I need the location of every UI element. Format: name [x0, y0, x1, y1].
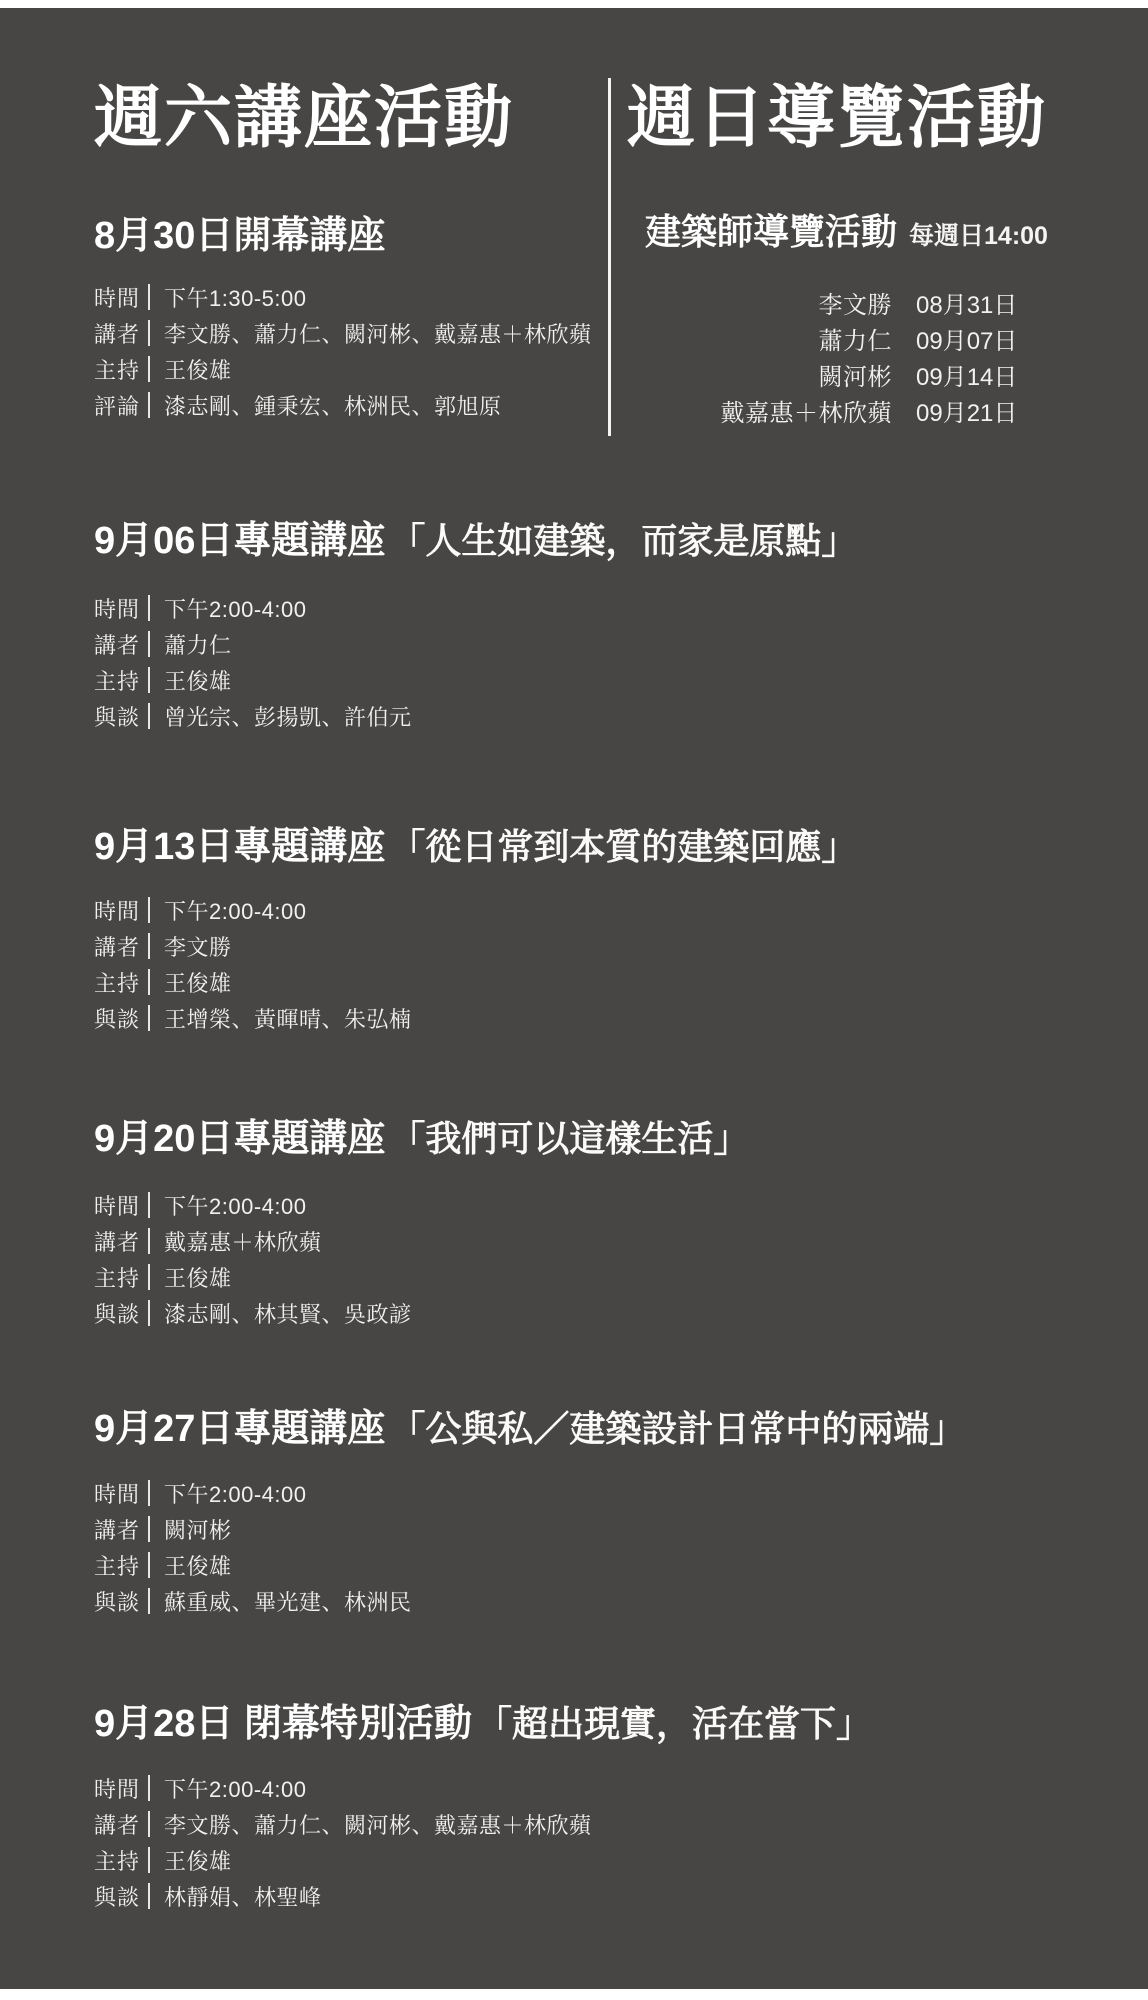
detail-row: 時間 下午2:00-4:00 — [94, 590, 412, 626]
detail-label: 主持 — [94, 1845, 144, 1876]
detail-label: 時間 — [94, 593, 144, 624]
detail-label: 時間 — [94, 1773, 144, 1804]
detail-separator — [148, 595, 150, 621]
detail-separator — [148, 631, 150, 657]
detail-label: 主持 — [94, 665, 144, 696]
sunday-main-title: 週日導覽活動 — [627, 80, 1047, 156]
detail-label: 講者 — [94, 629, 144, 660]
detail-separator — [148, 1775, 150, 1801]
detail-row: 講者 戴嘉惠＋林欣蘋 — [94, 1223, 412, 1259]
detail-row: 講者 李文勝、蕭力仁、闕河彬、戴嘉惠＋林欣蘋 — [94, 315, 592, 351]
tour-architect-name: 闕河彬 — [645, 357, 892, 392]
detail-value: 蕭力仁 — [164, 629, 232, 660]
tour-row: 蕭力仁 09月07日 — [645, 320, 1020, 356]
detail-value: 下午2:00-4:00 — [164, 1773, 306, 1804]
detail-separator — [148, 897, 150, 923]
detail-label: 主持 — [94, 967, 144, 998]
detail-value: 李文勝、蕭力仁、闕河彬、戴嘉惠＋林欣蘋 — [164, 1809, 592, 1840]
tour-row: 闕河彬 09月14日 — [645, 356, 1020, 392]
detail-row: 時間 下午2:00-4:00 — [94, 1770, 592, 1806]
session-0927-details: 時間 下午2:00-4:00 講者 闕河彬 主持 王俊雄 與談 蘇重威、畢光建、… — [94, 1475, 412, 1619]
tour-architect-name: 戴嘉惠＋林欣蘋 — [645, 393, 892, 428]
detail-value: 漆志剛、鍾秉宏、林洲民、郭旭原 — [164, 390, 502, 421]
detail-value: 王增榮、黃暉晴、朱弘楠 — [164, 1003, 412, 1034]
detail-separator — [148, 1005, 150, 1031]
tour-architect-name: 蕭力仁 — [645, 321, 892, 356]
detail-label: 與談 — [94, 1003, 144, 1034]
session-0913-heading: 9月13日專題講座「從日常到本質的建築回應」 — [94, 824, 857, 870]
detail-separator — [148, 284, 150, 310]
tour-architect-name: 李文勝 — [645, 285, 892, 320]
detail-value: 王俊雄 — [164, 967, 232, 998]
detail-row: 與談 王增榮、黃暉晴、朱弘楠 — [94, 1000, 412, 1036]
detail-row: 與談 林靜娟、林聖峰 — [94, 1878, 592, 1914]
tour-date: 09月14日 — [916, 357, 1020, 392]
detail-row: 講者 李文勝 — [94, 928, 412, 964]
detail-separator — [148, 356, 150, 382]
tour-date: 09月07日 — [916, 321, 1020, 356]
detail-separator — [148, 1480, 150, 1506]
page: { "page": { "bg_color": "#484644", "text… — [0, 0, 1148, 2000]
detail-label: 主持 — [94, 354, 144, 385]
detail-label: 與談 — [94, 1881, 144, 1912]
detail-separator — [148, 1883, 150, 1909]
session-quote-title: 「從日常到本質的建築回應」 — [389, 826, 857, 867]
detail-row: 時間 下午1:30-5:00 — [94, 279, 592, 315]
detail-value: 王俊雄 — [164, 1550, 232, 1581]
tour-row: 戴嘉惠＋林欣蘋 09月21日 — [645, 392, 1020, 428]
sunday-tour-heading: 建築師導覽活動 每週日14:00 — [645, 210, 1048, 254]
detail-separator — [148, 1588, 150, 1614]
detail-label: 時間 — [94, 1190, 144, 1221]
detail-row: 主持 王俊雄 — [94, 1842, 592, 1878]
detail-separator — [148, 1516, 150, 1542]
sunday-tour-list: 李文勝 08月31日 蕭力仁 09月07日 闕河彬 09月14日 戴嘉惠＋林欣蘋… — [645, 284, 1020, 428]
detail-row: 主持 王俊雄 — [94, 964, 412, 1000]
detail-value: 李文勝 — [164, 931, 232, 962]
detail-separator — [148, 933, 150, 959]
detail-row: 與談 曾光宗、彭揚凱、許伯元 — [94, 698, 412, 734]
detail-value: 闕河彬 — [164, 1514, 232, 1545]
detail-value: 王俊雄 — [164, 354, 232, 385]
detail-label: 講者 — [94, 1514, 144, 1545]
opening-lecture-heading: 8月30日開幕講座 — [94, 213, 385, 259]
session-date-title: 9月13日專題講座 — [94, 826, 385, 868]
detail-row: 時間 下午2:00-4:00 — [94, 1475, 412, 1511]
detail-row: 時間 下午2:00-4:00 — [94, 892, 412, 928]
session-quote-title: 「公與私／建築設計日常中的兩端」 — [389, 1408, 965, 1449]
session-0920-heading: 9月20日專題講座「我們可以這樣生活」 — [94, 1116, 749, 1162]
sunday-tour-title: 建築師導覽活動 — [645, 210, 897, 254]
detail-value: 下午2:00-4:00 — [164, 1478, 306, 1509]
detail-label: 講者 — [94, 1226, 144, 1257]
detail-label: 與談 — [94, 1586, 144, 1617]
detail-label: 與談 — [94, 1298, 144, 1329]
tour-row: 李文勝 08月31日 — [645, 284, 1020, 320]
detail-label: 講者 — [94, 1809, 144, 1840]
session-date-title: 9月06日專題講座 — [94, 520, 385, 562]
session-0927-heading: 9月27日專題講座「公與私／建築設計日常中的兩端」 — [94, 1406, 965, 1452]
session-0928-details: 時間 下午2:00-4:00 講者 李文勝、蕭力仁、闕河彬、戴嘉惠＋林欣蘋 主持… — [94, 1770, 592, 1914]
detail-separator — [148, 1264, 150, 1290]
detail-row: 講者 李文勝、蕭力仁、闕河彬、戴嘉惠＋林欣蘋 — [94, 1806, 592, 1842]
session-date-title: 9月28日 閉幕特別活動 — [94, 1703, 472, 1745]
opening-lecture-title: 8月30日開幕講座 — [94, 215, 385, 257]
poster-background: 週六講座活動 週日導覽活動 8月30日開幕講座 時間 下午1:30-5:00 講… — [0, 8, 1148, 1989]
detail-value: 蘇重威、畢光建、林洲民 — [164, 1586, 412, 1617]
detail-value: 王俊雄 — [164, 1845, 232, 1876]
detail-separator — [148, 1552, 150, 1578]
detail-row: 與談 蘇重威、畢光建、林洲民 — [94, 1583, 412, 1619]
session-0913-details: 時間 下午2:00-4:00 講者 李文勝 主持 王俊雄 與談 王增榮、黃暉晴、… — [94, 892, 412, 1036]
detail-row: 與談 漆志剛、林其賢、吳政諺 — [94, 1295, 412, 1331]
opening-lecture-details: 時間 下午1:30-5:00 講者 李文勝、蕭力仁、闕河彬、戴嘉惠＋林欣蘋 主持… — [94, 279, 592, 423]
detail-label: 時間 — [94, 895, 144, 926]
detail-row: 時間 下午2:00-4:00 — [94, 1187, 412, 1223]
detail-row: 主持 王俊雄 — [94, 662, 412, 698]
detail-label: 時間 — [94, 1478, 144, 1509]
detail-value: 戴嘉惠＋林欣蘋 — [164, 1226, 322, 1257]
detail-value: 下午2:00-4:00 — [164, 593, 306, 624]
detail-separator — [148, 320, 150, 346]
tour-date: 09月21日 — [916, 393, 1020, 428]
saturday-main-title: 週六講座活動 — [94, 80, 514, 156]
detail-row: 主持 王俊雄 — [94, 1259, 412, 1295]
header-vertical-divider — [608, 78, 611, 436]
session-quote-title: 「人生如建築，而家是原點」 — [389, 520, 857, 561]
detail-value: 王俊雄 — [164, 1262, 232, 1293]
detail-value: 曾光宗、彭揚凱、許伯元 — [164, 701, 412, 732]
detail-value: 王俊雄 — [164, 665, 232, 696]
detail-separator — [148, 1300, 150, 1326]
session-0920-details: 時間 下午2:00-4:00 講者 戴嘉惠＋林欣蘋 主持 王俊雄 與談 漆志剛、… — [94, 1187, 412, 1331]
detail-label: 主持 — [94, 1262, 144, 1293]
detail-separator — [148, 667, 150, 693]
detail-value: 下午2:00-4:00 — [164, 1190, 306, 1221]
session-0928-heading: 9月28日 閉幕特別活動「超出現實，活在當下」 — [94, 1701, 872, 1747]
detail-row: 講者 蕭力仁 — [94, 626, 412, 662]
session-quote-title: 「我們可以這樣生活」 — [389, 1118, 749, 1159]
detail-label: 講者 — [94, 318, 144, 349]
detail-label: 講者 — [94, 931, 144, 962]
detail-row: 主持 王俊雄 — [94, 1547, 412, 1583]
detail-value: 林靜娟、林聖峰 — [164, 1881, 322, 1912]
detail-separator — [148, 969, 150, 995]
detail-separator — [148, 1228, 150, 1254]
session-date-title: 9月27日專題講座 — [94, 1408, 385, 1450]
session-0906-details: 時間 下午2:00-4:00 講者 蕭力仁 主持 王俊雄 與談 曾光宗、彭揚凱、… — [94, 590, 412, 734]
detail-separator — [148, 1192, 150, 1218]
detail-label: 時間 — [94, 282, 144, 313]
session-0906-heading: 9月06日專題講座「人生如建築，而家是原點」 — [94, 518, 857, 564]
detail-label: 與談 — [94, 701, 144, 732]
detail-value: 李文勝、蕭力仁、闕河彬、戴嘉惠＋林欣蘋 — [164, 318, 592, 349]
detail-separator — [148, 392, 150, 418]
detail-separator — [148, 703, 150, 729]
detail-row: 主持 王俊雄 — [94, 351, 592, 387]
detail-separator — [148, 1847, 150, 1873]
detail-value: 下午1:30-5:00 — [164, 282, 306, 313]
session-quote-title: 「超出現實，活在當下」 — [476, 1703, 872, 1744]
detail-row: 講者 闕河彬 — [94, 1511, 412, 1547]
detail-value: 下午2:00-4:00 — [164, 895, 306, 926]
tour-date: 08月31日 — [916, 285, 1020, 320]
detail-value: 漆志剛、林其賢、吳政諺 — [164, 1298, 412, 1329]
session-date-title: 9月20日專題講座 — [94, 1118, 385, 1160]
detail-label: 評論 — [94, 390, 144, 421]
sunday-tour-schedule-note: 每週日14:00 — [909, 216, 1048, 252]
detail-separator — [148, 1811, 150, 1837]
detail-row: 評論 漆志剛、鍾秉宏、林洲民、郭旭原 — [94, 387, 592, 423]
detail-label: 主持 — [94, 1550, 144, 1581]
